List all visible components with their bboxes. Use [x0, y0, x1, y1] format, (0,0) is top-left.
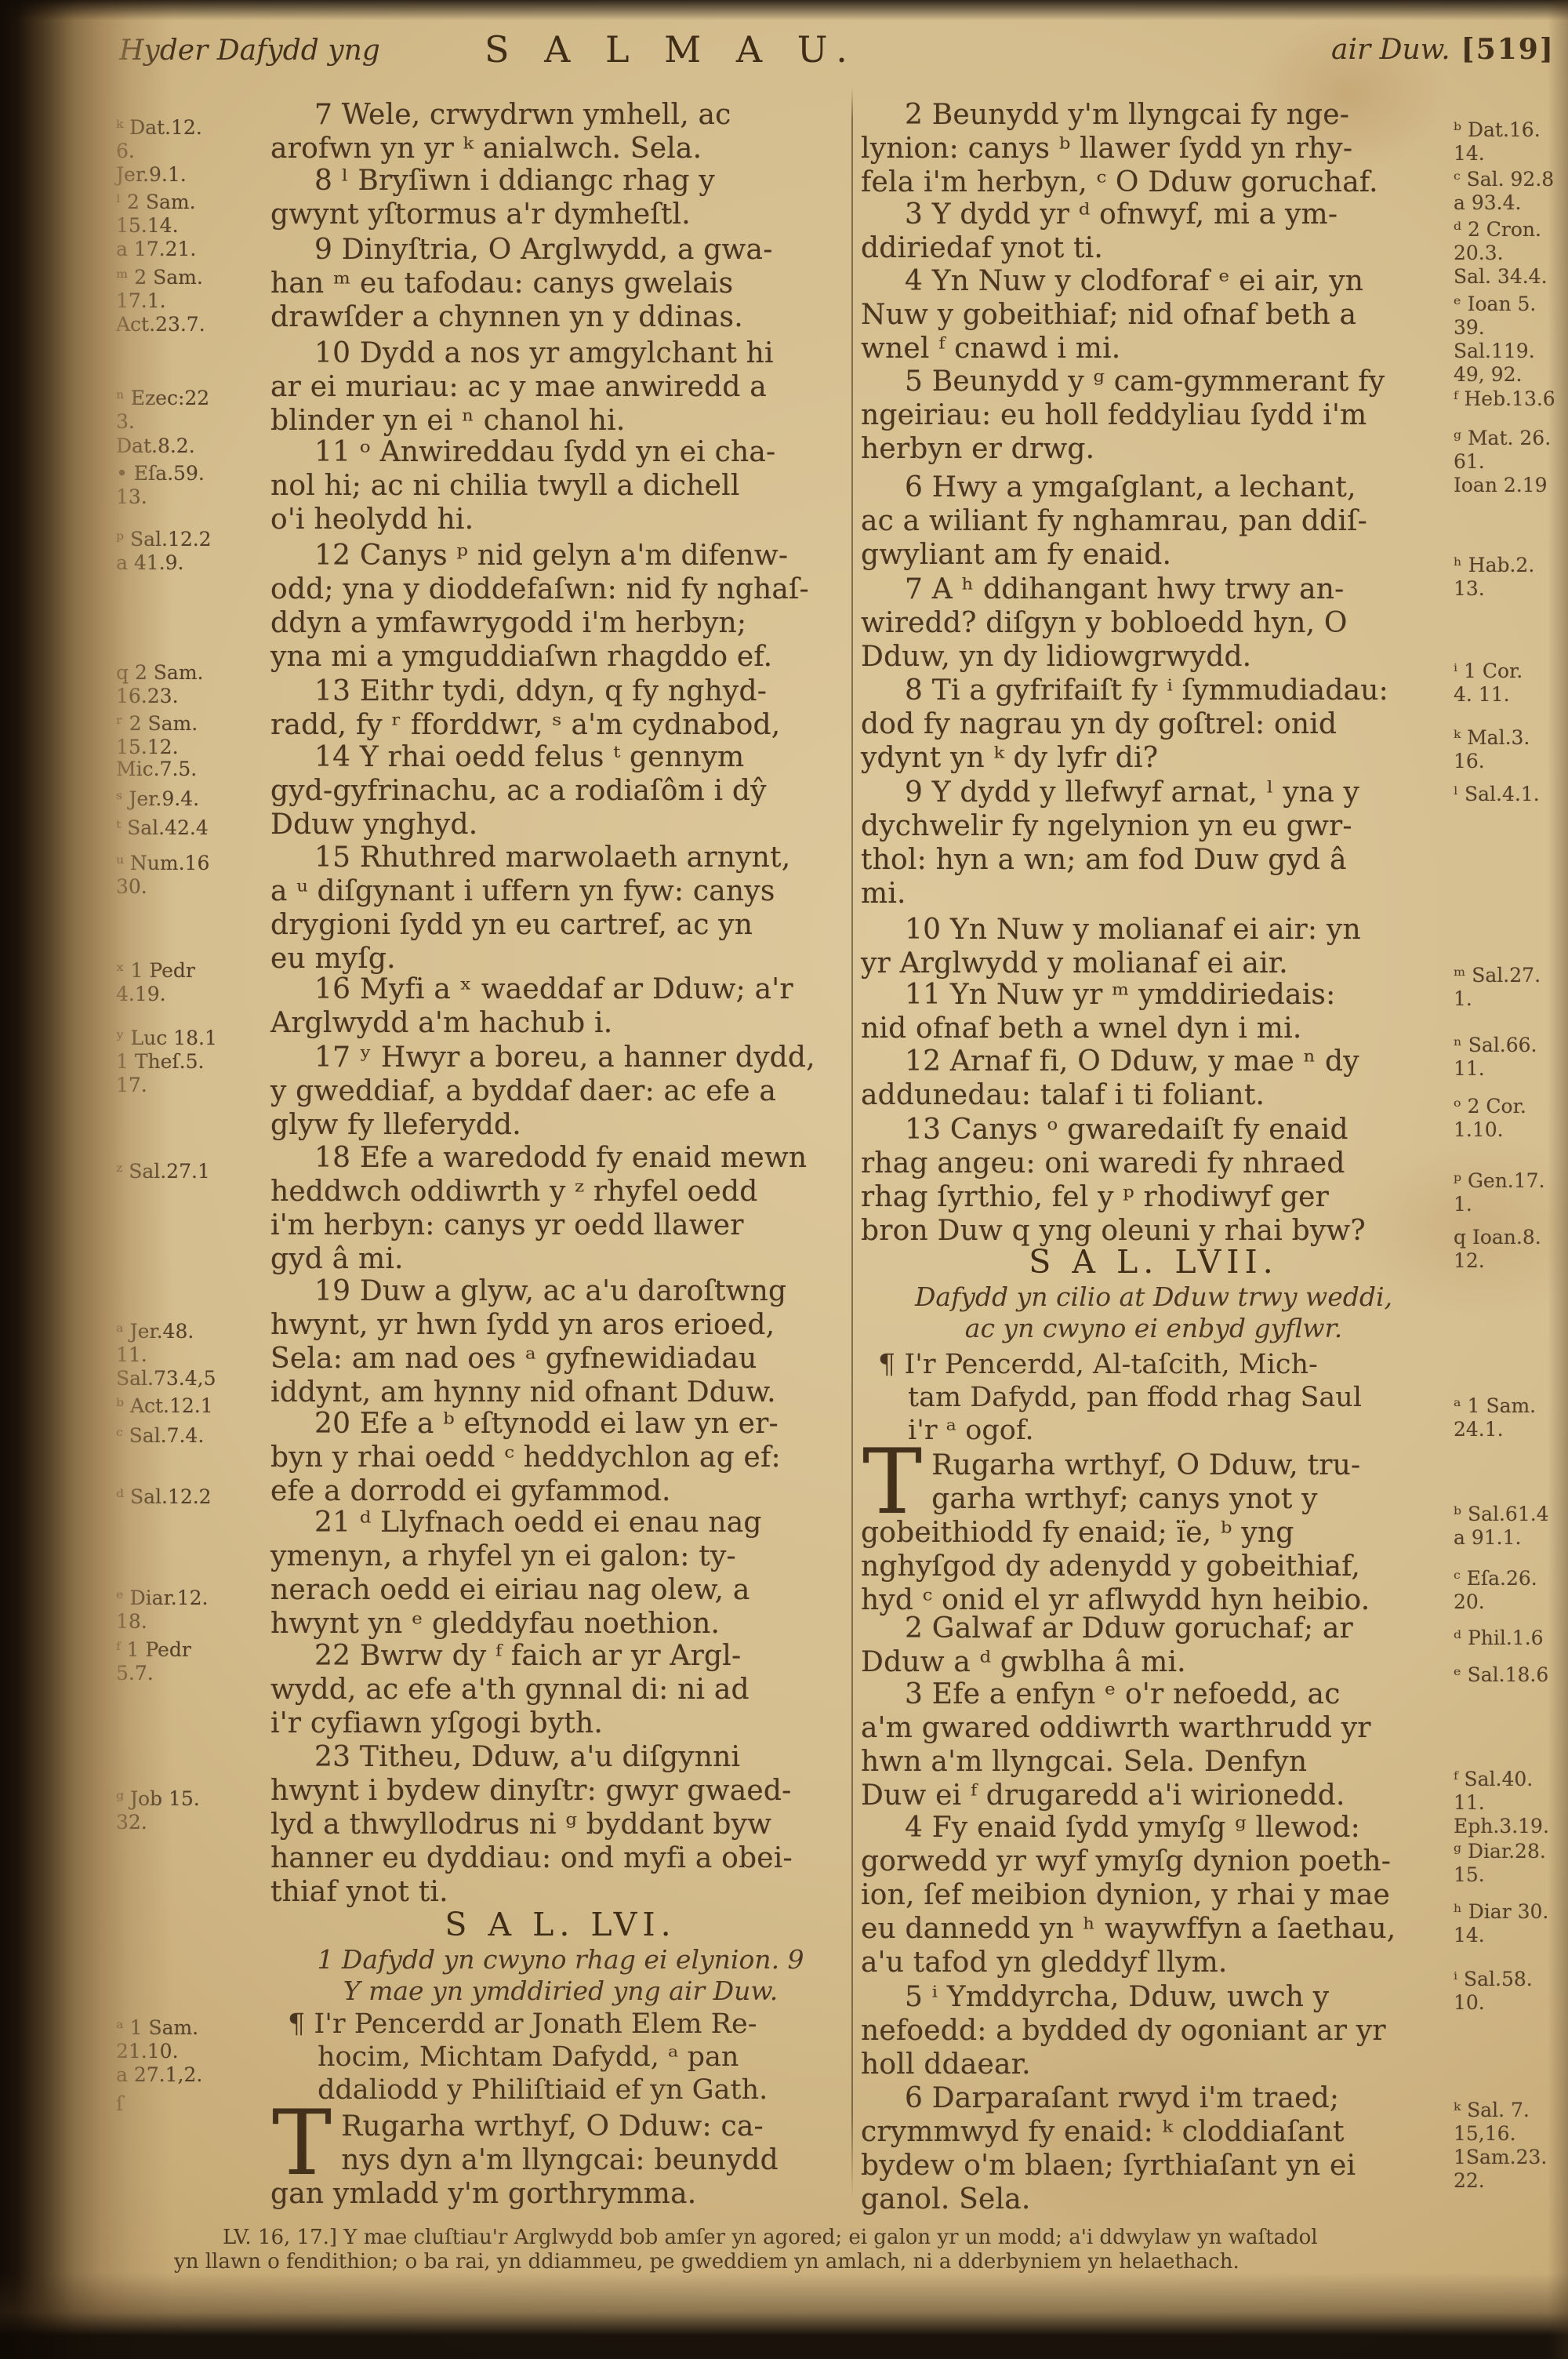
left-text-column: 7 Wele, crwydrwn ymhell, ac arofwn yn yr…: [270, 0, 851, 2359]
verse: 14 Y rhai oedd felus ᵗ gennym gyd-gyfrin…: [270, 740, 851, 841]
verse: 4 Yn Nuw y clodforaf ᵉ ei air, yn Nuw y …: [861, 264, 1446, 365]
psalm-heading: S A L. LVI.: [270, 1906, 851, 1943]
margin-note: ᵇ Sal.61.4 a 91.1.: [1454, 1503, 1568, 1550]
margin-note: ˡ Sal.4.1.: [1454, 783, 1568, 806]
margin-note: ᵉ Sal.18.6: [1454, 1663, 1568, 1687]
margin-note: ᵐ 2 Sam. 17.1. Act.23.7.: [116, 266, 270, 336]
margin-note: ʸ Luc 18.1 1 Theſ.5. 17.: [116, 1027, 270, 1097]
verse: 17 ʸ Hwyr a boreu, a hanner dydd, y gwed…: [270, 1041, 851, 1142]
margin-note: ᵘ Num.16 30.: [116, 852, 270, 899]
psalm-opening: TRugarha wrthyf, O Dduw, tru- garha wrth…: [861, 1448, 1446, 1617]
verse: 2 Beunydd y'm llyngcai fy nge- lynion: c…: [861, 98, 1446, 199]
margin-note: ᵈ Phil.1.6: [1454, 1627, 1568, 1650]
verse: 11 Yn Nuw yr ᵐ ymddiriedais: nid ofnaf b…: [861, 978, 1446, 1045]
margin-note: ⁿ Ezec:22 3.: [116, 387, 270, 434]
margin-note: ᵉ Diar.12. 18.: [116, 1587, 270, 1634]
margin-note: ᵒ 2 Cor. 1.10.: [1454, 1095, 1568, 1142]
margin-note: ʰ Hab.2. 13.: [1454, 554, 1568, 601]
left-margin-column: ᵏ Dat.12. 6. Jer.9.1. ˡ 2 Sam. 15.14. a …: [111, 0, 265, 2359]
commentary-footnote: LV. 16, 17.] Y mae cluſtiau'r Arglwydd b…: [174, 2226, 1535, 2274]
margin-note: ᶻ Sal.27.1: [116, 1160, 270, 1183]
verse: 22 Bwrw dy ᶠ faich ar yr Argl- wydd, ac …: [270, 1639, 851, 1740]
verse: 8 Ti a gyfrifaiſt fy ⁱ ſymmudiadau: dod …: [861, 674, 1446, 775]
verse: 7 Wele, crwydrwn ymhell, ac arofwn yn yr…: [270, 98, 851, 165]
right-text-column: 2 Beunydd y'm llyngcai fy nge- lynion: c…: [861, 0, 1446, 2359]
margin-note: ᶜ Eſa.26. 20.: [1454, 1567, 1568, 1614]
margin-note: ᵇ Act.12.1: [116, 1394, 270, 1418]
verse: 3 Y dydd yr ᵈ ofnwyf, mi a ym- ddiriedaf…: [861, 198, 1446, 265]
margin-note: ᵃ 1 Sam. 21.10. a 27.1,2.: [116, 2016, 270, 2087]
verse: 10 Yn Nuw y molianaf ei air: yn yr Arglw…: [861, 913, 1446, 980]
margin-note: ᵈ 2 Cron. 20.3. Sal. 34.4.: [1454, 218, 1568, 289]
margin-note: ⁱ Sal.58. 10.: [1454, 1968, 1568, 2015]
psalm-inscription: ¶ I'r Pencerdd ar Jonath Elem Re- hocim,…: [270, 2008, 851, 2106]
verse: 5 ⁱ Ymddyrcha, Dduw, uwch y nefoedd: a b…: [861, 1980, 1446, 2081]
verse: 15 Rhuthred marwolaeth arnynt, a ᵘ diſgy…: [270, 841, 851, 976]
page-background: Hyder Dafydd yng S A L M A U. air Duw.[5…: [0, 0, 1568, 2359]
verse: 7 A ʰ ddihangant hwy trwy an- wiredd? di…: [861, 572, 1446, 674]
margin-note: ᵇ Dat.16. 14.: [1454, 118, 1568, 165]
margin-note: ᵍ Mat. 26. 61. Ioan 2.19: [1454, 427, 1568, 497]
drop-cap: T: [272, 2111, 332, 2177]
psalm-heading: S A L. LVII.: [861, 1243, 1446, 1281]
margin-note: ᶜ Sal. 92.8 a 93.4.: [1454, 168, 1568, 215]
margin-note: ᵏ Dat.12. 6. Jer.9.1.: [116, 116, 270, 187]
margin-note: ⁿ Sal.66. 11.: [1454, 1034, 1568, 1081]
verse: 2 Galwaf ar Dduw goruchaf; ar Dduw a ᵈ g…: [861, 1612, 1446, 1679]
margin-note: ᶠ 1 Pedr 5.7.: [116, 1638, 270, 1685]
column-divider: [851, 88, 853, 2199]
psalm-argument: 1 Dafydd yn cwyno rhag ei elynion. 9 Y m…: [270, 1944, 851, 2007]
verse: 23 Titheu, Dduw, a'u diſgynni hwynt i by…: [270, 1740, 851, 1909]
margin-note: ˣ 1 Pedr 4.19.: [116, 959, 270, 1006]
verse: 4 Fy enaid ſydd ymyſg ᵍ llewod: gorwedd …: [861, 1811, 1446, 1979]
verse: 9 Dinyſtria, O Arglwydd, a gwa- han ᵐ eu…: [270, 233, 851, 334]
margin-note: q Ioan.8. 12.: [1454, 1226, 1568, 1273]
verse: 12 Arnaf fi, O Dduw, y mae ⁿ dy adduneda…: [861, 1045, 1446, 1112]
margin-note: q 2 Sam. 16.23.: [116, 661, 270, 708]
verse: 13 Canys ᵒ gwaredaiſt fy enaid rhag ange…: [861, 1113, 1446, 1248]
verse: 10 Dydd a nos yr amgylchant hi ar ei mur…: [270, 336, 851, 438]
margin-note: ⁱ 1 Cor. 4. 11.: [1454, 660, 1568, 707]
psalm-inscription: ¶ I'r Pencerdd, Al-taſcith, Mich- tam Da…: [861, 1348, 1446, 1447]
margin-note: ſ: [116, 2092, 270, 2116]
verse: 6 Darparaſant rwyd i'm traed; crymmwyd f…: [861, 2081, 1446, 2216]
margin-note: Dat.8.2.: [116, 434, 270, 458]
verse: 11 ᵒ Anwireddau ſydd yn ei cha- nol hi; …: [270, 435, 851, 536]
margin-note: ᵍ Job 15. 32.: [116, 1787, 270, 1834]
verse: 12 Canys ᵖ nid gelyn a'm difenw- odd; yn…: [270, 539, 851, 674]
previous-page-showthrough: [2, 47, 107, 2266]
verse: 19 Duw a glyw, ac a'u daroſtwng hwynt, y…: [270, 1274, 851, 1409]
opening-text: Rugarha wrthyf, O Dduw, tru- garha wrthy…: [861, 1449, 1370, 1616]
margin-note: ᶠ Heb.13.6: [1454, 387, 1568, 411]
psalm-argument: Dafydd yn cilio at Dduw trwy weddi, ac y…: [861, 1281, 1446, 1344]
margin-note: ᵏ Mal.3. 16.: [1454, 726, 1568, 773]
margin-note: ᶜ Sal.7.4.: [116, 1424, 270, 1448]
book-scan: { "header": { "left": "Hyder Dafydd yng"…: [0, 0, 1568, 2359]
margin-note: ᵖ Sal.12.2 a 41.9.: [116, 528, 270, 575]
verse: 6 Hwy a ymgaſglant, a lechant, ac a wili…: [861, 471, 1446, 572]
margin-note: ᵐ Sal.27. 1.: [1454, 964, 1568, 1011]
margin-note: ᵖ Gen.17. 1.: [1454, 1169, 1568, 1216]
margin-note: ʳ 2 Sam. 15.12.: [116, 712, 270, 759]
verse: 5 Beunydd y ᵍ cam-gymmerant fy ngeiriau:…: [861, 365, 1446, 466]
verse: 20 Efe a ᵇ eſtynodd ei law yn er- byn y …: [270, 1407, 851, 1508]
margin-note: • Eſa.59. 13.: [116, 462, 270, 509]
margin-note: ᵗ Sal.42.4: [116, 816, 270, 840]
margin-note: ˡ 2 Sam. 15.14. a 17.21.: [116, 191, 270, 261]
margin-note: ᵏ Sal. 7. 15,16. 1Sam.23. 22.: [1454, 2099, 1568, 2193]
verse: 13 Eithr tydi, ddyn, q fy nghyd- radd, f…: [270, 674, 851, 742]
verse: 9 Y dydd y llefwyf arnat, ˡ yna y dychwe…: [861, 776, 1446, 911]
margin-note: Mic.7.5.: [116, 758, 270, 781]
margin-note: ᵈ Sal.12.2: [116, 1485, 270, 1509]
drop-cap: T: [862, 1450, 922, 1516]
margin-note: ʰ Diar 30. 14.: [1454, 1900, 1568, 1947]
margin-note: ᵉ Ioan 5. 39. Sal.119. 49, 92.: [1454, 293, 1568, 387]
psalm-opening: TRugarha wrthyf, O Dduw: ca- nys dyn a'm…: [270, 2110, 851, 2211]
margin-note: ˢ Jer.9.4.: [116, 787, 270, 811]
verse: 3 Efe a enfyn ᵉ o'r nefoedd, ac a'm gwar…: [861, 1677, 1446, 1812]
margin-note: ᵃ Jer.48. 11. Sal.73.4,5: [116, 1320, 270, 1390]
margin-note: ᶠ Sal.40. 11. Eph.3.19.: [1454, 1768, 1568, 1838]
opening-text: Rugarha wrthyf, O Dduw: ca- nys dyn a'm …: [270, 2110, 779, 2210]
margin-note: ᵍ Diar.28. 15.: [1454, 1840, 1568, 1887]
verse: 21 ᵈ Llyfnach oedd ei enau nag ymenyn, a…: [270, 1506, 851, 1641]
verse: 16 Myfi a ˣ waeddaf ar Dduw; a'r Arglwyd…: [270, 972, 851, 1040]
margin-note: ᵃ 1 Sam. 24.1.: [1454, 1394, 1568, 1441]
verse: 18 Efe a waredodd fy enaid mewn heddwch …: [270, 1141, 851, 1276]
right-margin-column: ᵇ Dat.16. 14. ᶜ Sal. 92.8 a 93.4. ᵈ 2 Cr…: [1450, 0, 1566, 2359]
verse: 8 ˡ Bryſiwn i ddiangc rhag y gwynt yſtor…: [270, 164, 851, 231]
